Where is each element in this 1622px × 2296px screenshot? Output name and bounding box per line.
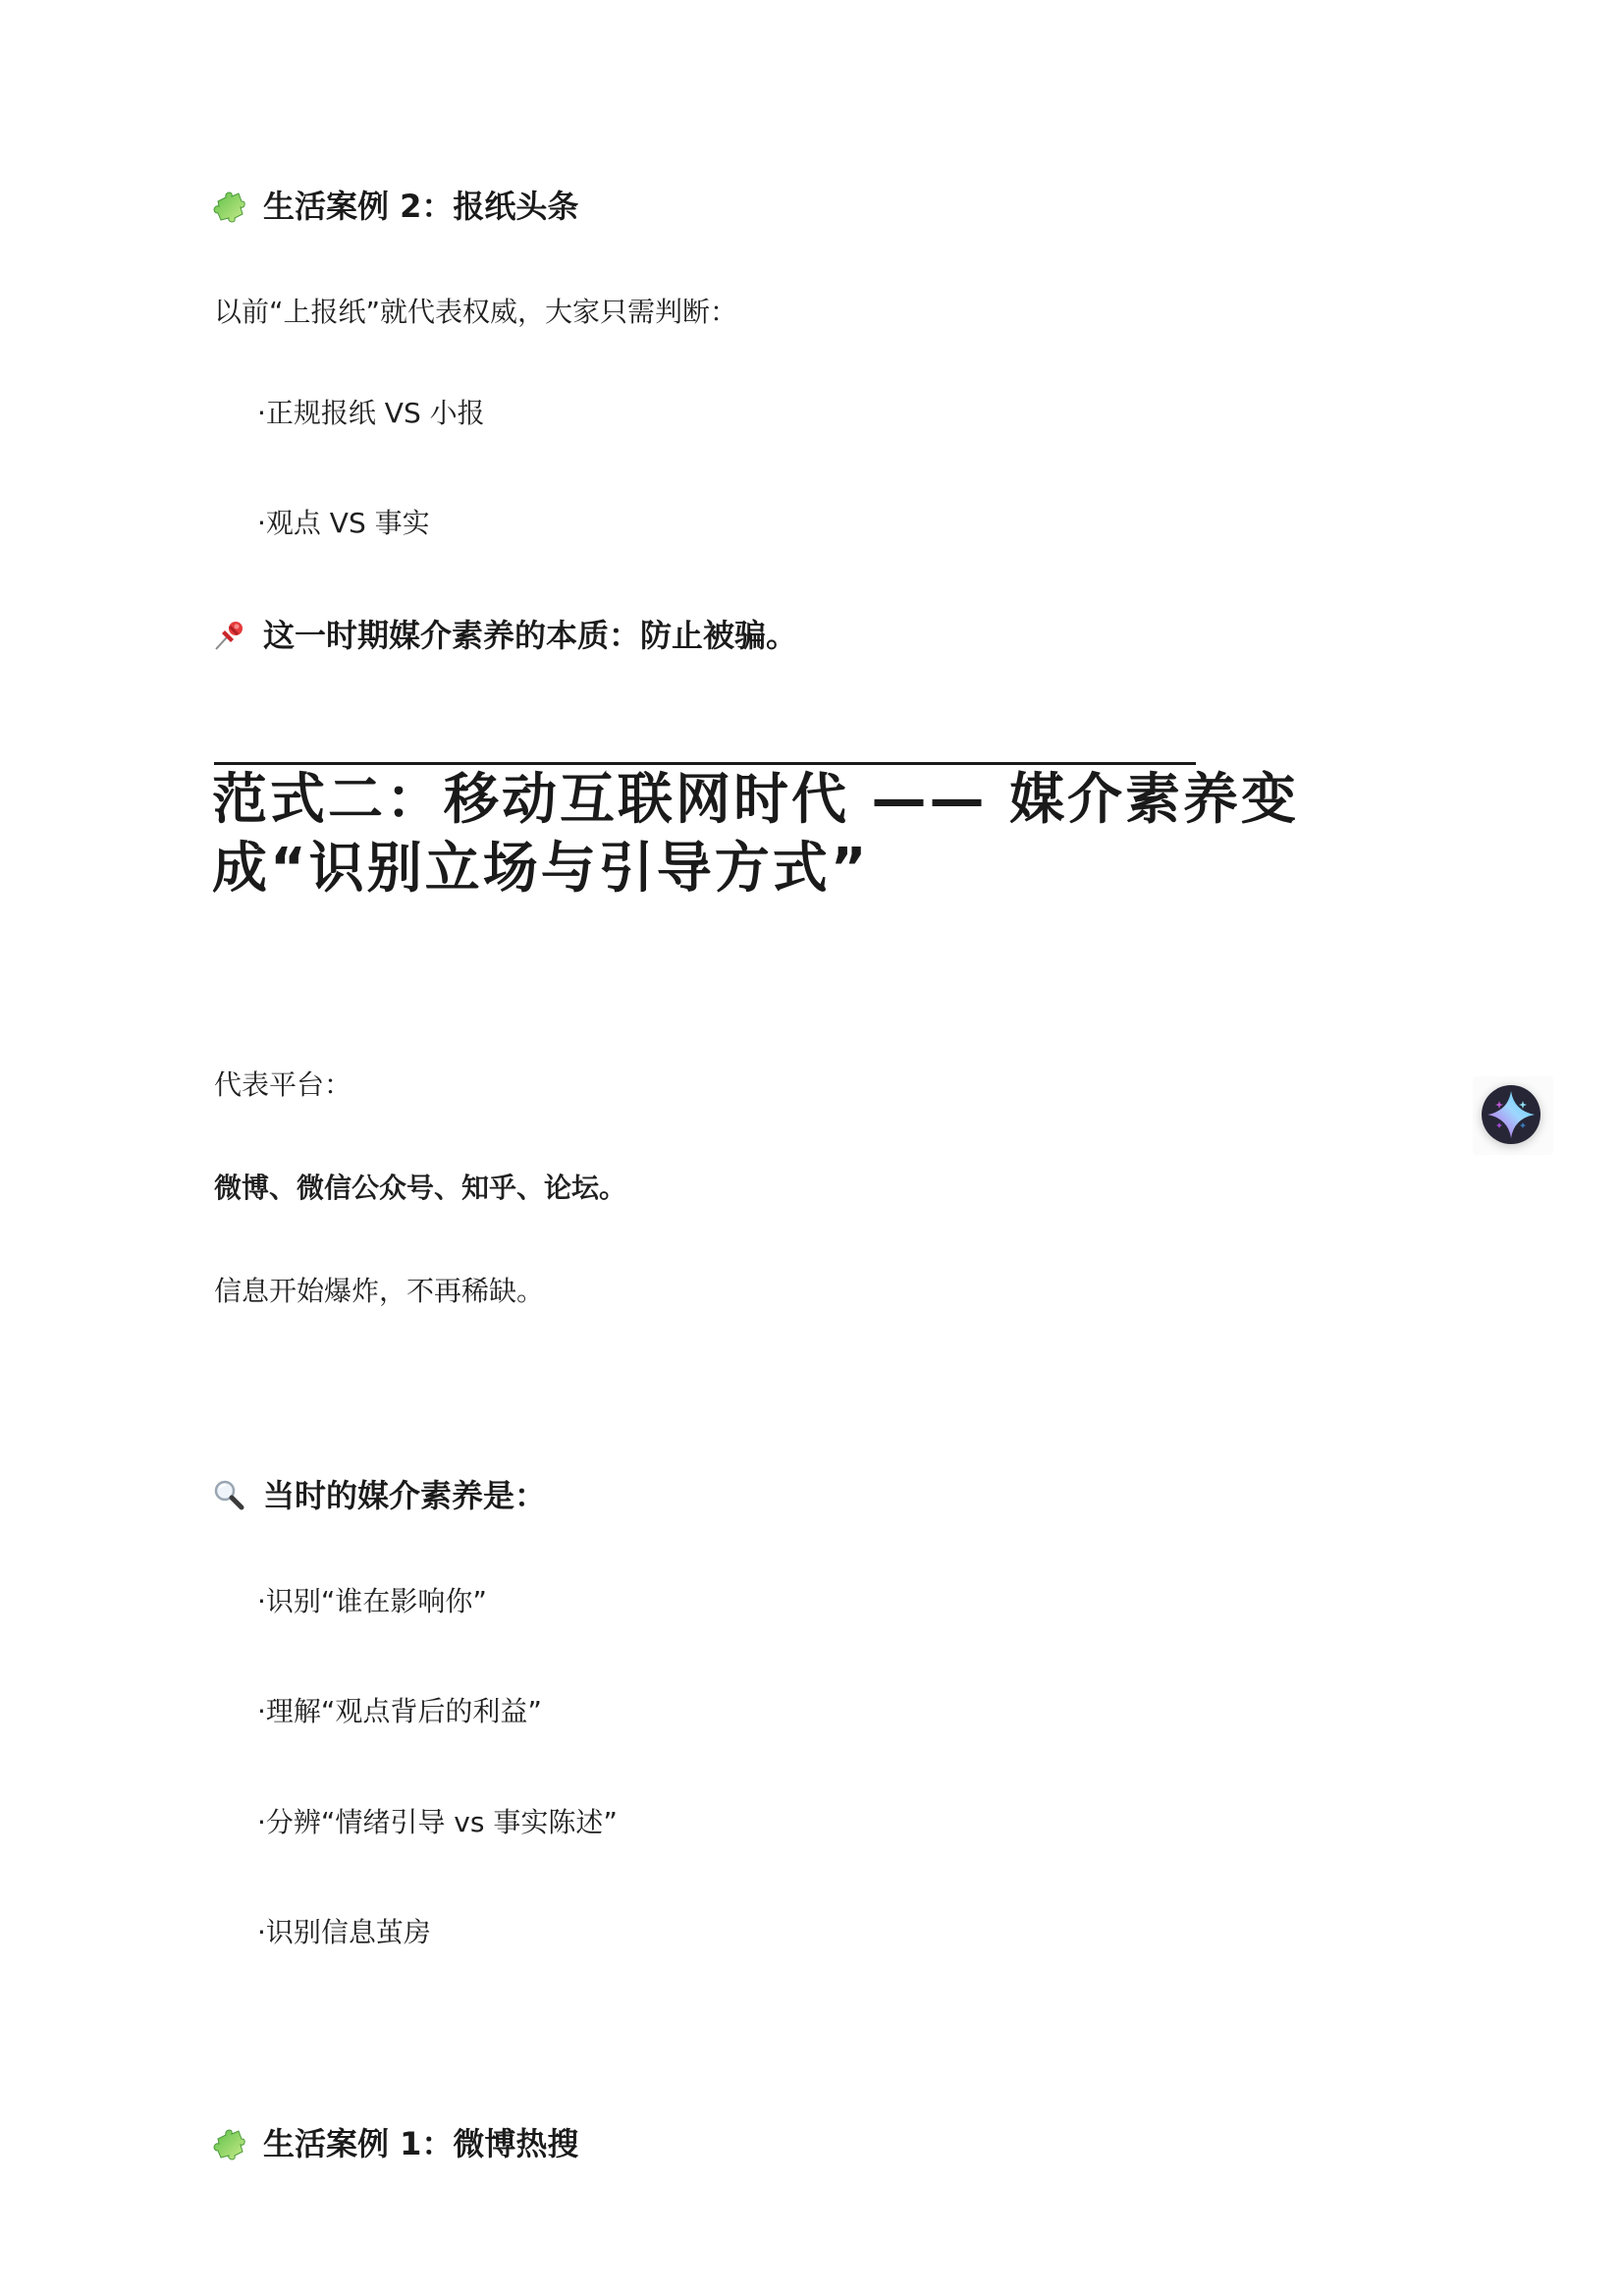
essence-heading: 这一时期媒介素养的本质：防止被骗。 bbox=[212, 616, 797, 655]
literacy-bullet-4: ·识别信息茧房 bbox=[257, 1915, 431, 1950]
heading-rule bbox=[214, 762, 1196, 765]
platforms-list: 微博、微信公众号、知乎、论坛。 bbox=[214, 1171, 626, 1206]
literacy-bullet-3: ·分辨“情绪引导 vs 事实陈述” bbox=[257, 1805, 618, 1840]
case1-heading: 生活案例 1：微博热搜 bbox=[212, 2124, 578, 2163]
puzzle-piece-icon bbox=[212, 190, 245, 223]
case2-intro: 以前“上报纸”就代表权威，大家只需判断： bbox=[214, 295, 737, 330]
ai-assistant-button[interactable] bbox=[1482, 1085, 1541, 1144]
literacy-heading: 当时的媒介素养是： bbox=[212, 1476, 546, 1515]
case2-bullet-2: ·观点 VS 事实 bbox=[257, 506, 430, 541]
platforms-label: 代表平台： bbox=[214, 1067, 351, 1103]
literacy-bullet-2: ·理解“观点背后的利益” bbox=[257, 1694, 542, 1729]
literacy-bullet-1: ·识别“谁在影响你” bbox=[257, 1584, 487, 1619]
ai-sparkle-icon bbox=[1482, 1085, 1541, 1144]
case2-heading-text: 生活案例 2：报纸头条 bbox=[263, 187, 578, 226]
case1-heading-text: 生活案例 1：微博热搜 bbox=[263, 2124, 578, 2163]
puzzle-piece-icon bbox=[212, 2127, 245, 2160]
section2-title: 范式二：移动互联网时代 —— 媒介素养变成“识别立场与引导方式” bbox=[212, 766, 1449, 903]
essence-heading-text: 这一时期媒介素养的本质：防止被骗。 bbox=[263, 616, 797, 655]
magnifying-glass-icon bbox=[212, 1479, 245, 1512]
literacy-heading-text: 当时的媒介素养是： bbox=[263, 1476, 546, 1515]
pushpin-icon bbox=[212, 619, 245, 652]
info-state: 信息开始爆炸，不再稀缺。 bbox=[214, 1274, 544, 1309]
case2-bullet-1: ·正规报纸 VS 小报 bbox=[257, 396, 485, 431]
case2-heading: 生活案例 2：报纸头条 bbox=[212, 187, 578, 226]
